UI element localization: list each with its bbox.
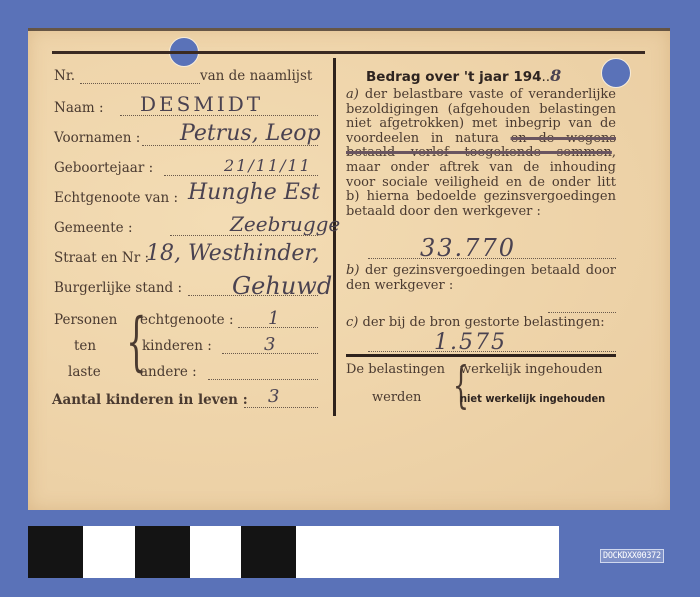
aantal-kinderen-value: 3 [268,386,279,407]
laste-label: laste [68,364,101,380]
scale-segment-black [241,526,296,578]
c-text: der bij de bron gestorte belastingen: [363,315,605,330]
nr-field [80,83,200,84]
burgerlijke-stand-label: Burgerlijke stand : [54,280,182,296]
c-marker: c) [346,315,358,330]
echtgenoote-count-value: 1 [268,308,279,329]
amount-a-value: 33.770 [420,234,516,262]
top-rule [52,51,645,54]
scale-segment-black [135,526,190,578]
b-marker: b) [346,263,359,278]
geboortejaar-value: 21/11/11 [224,156,312,175]
amount-c-value: 1.575 [434,330,507,355]
scale-segment-white [83,526,135,578]
aantal-kinderen-label: Aantal kinderen in leven : [52,392,248,408]
voornamen-label: Voornamen : [54,130,140,146]
punch-hole-right [601,58,631,88]
section-c-text: c) der bij de bron gestorte belastingen: [346,316,616,331]
echtgenoote-short-label: echtgenoote : [140,312,234,328]
bedrag-header-text: Bedrag over 't jaar 194 [366,69,542,85]
scale-segment-black [28,526,83,578]
andere-label: andere : [140,364,197,380]
werden-label: werden [372,390,421,405]
straat-value: 18, Westhinder, [146,241,320,266]
scale-segment-white [190,526,241,578]
burgerlijke-stand-value: Gehuwd [232,272,332,300]
geboortejaar-label: Geboortejaar : [54,160,153,176]
echtgenoote-value: Hunghe Est [188,180,320,205]
section-divider [346,354,616,357]
tax-card: Nr. van de naamlijst Naam : DESMIDT Voor… [28,28,670,510]
naam-label: Naam : [54,100,104,116]
naamlijst-label: van de naamlijst [200,68,312,84]
section-b-text: b) der gezinsvergoedingen betaald door d… [346,264,616,293]
amount-b-field [548,312,616,313]
andere-field [208,379,318,380]
column-divider [333,58,336,416]
kinderen-count-value: 3 [264,334,275,355]
bedrag-header: Bedrag over 't jaar 194..8 [366,66,561,85]
echtgenoote-label: Echtgenoote van : [54,190,178,206]
nr-label: Nr. [54,68,75,84]
archive-tag: DOCKDXX00372 [600,549,664,563]
section-a-text: a) der belastbare vaste of veranderlijke… [346,88,616,219]
voornamen-value: Petrus, Leop [180,121,321,146]
b-text: der gezinsvergoedingen betaald door den … [346,263,616,293]
option-werkelijk: werkelijk ingehouden [460,362,602,377]
gemeente-value: Zeebrugge [230,212,340,236]
year-suffix-value: 8 [550,66,561,85]
belastingen-label: De belastingen [346,362,445,377]
a-marker: a) [346,87,359,102]
option-niet-werkelijk: niet werkelijk ingehouden [460,392,605,405]
personen-label: Personen [54,312,117,328]
scale-bar [28,526,559,578]
ten-label: ten [74,338,96,354]
geboortejaar-field [164,175,318,176]
scale-segment-white [296,526,559,578]
naam-value: DESMIDT [140,92,263,116]
straat-label: Straat en Nr : [54,250,149,266]
aantal-kinderen-field [244,407,318,408]
kinderen-label: kinderen : [142,338,212,354]
gemeente-label: Gemeente : [54,220,133,236]
